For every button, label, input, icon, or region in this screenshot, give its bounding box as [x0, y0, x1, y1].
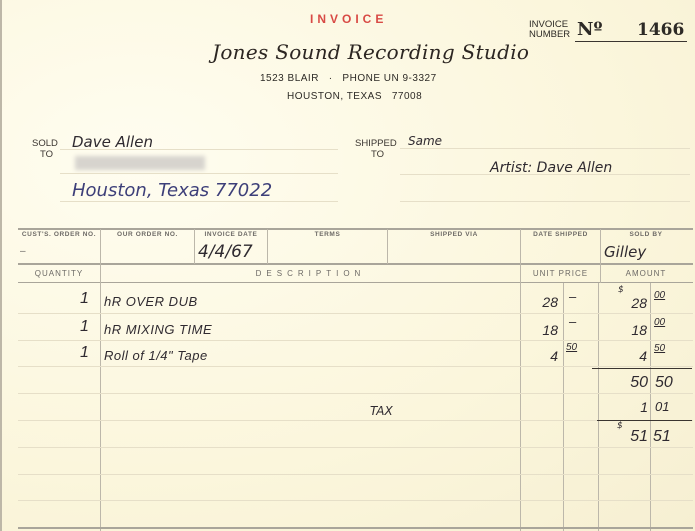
item-amount-dollars: 4: [615, 348, 647, 364]
paper-edge: [0, 0, 2, 531]
row-line-4: [18, 393, 693, 394]
invoice-number-underline: [575, 41, 687, 42]
invoice-number-label: INVOICE NUMBER: [529, 20, 570, 40]
header-amount: AMOUNT: [601, 269, 691, 278]
cust-order-no-value: –: [20, 246, 26, 257]
invoice-title: INVOICE: [310, 12, 387, 26]
shipped-label: SHIPPED: [355, 138, 397, 149]
item-amount-dollars: 18: [615, 322, 647, 338]
header-terms: TERMS: [268, 231, 387, 238]
total-dollars: 51: [615, 428, 648, 446]
column-divider-terms: [387, 229, 388, 264]
item-unit-cents: 50: [566, 342, 577, 353]
sold-to-city: Houston, Texas 77022: [72, 180, 272, 201]
tax-label: TAX: [370, 404, 393, 418]
dollar-sign: $: [618, 285, 624, 295]
total-cents: 51: [653, 428, 671, 446]
tax-cents: 01: [655, 399, 669, 414]
subtotal-dollars: 50: [612, 374, 648, 392]
column-divider-our-order: [194, 229, 195, 264]
item-quantity: 1: [80, 290, 89, 308]
header-cust-order-no: CUST'S. ORDER NO.: [18, 231, 100, 238]
table-bottom-border: [18, 527, 693, 529]
row-line-1: [18, 313, 693, 314]
item-amount-dollars: 28: [615, 295, 647, 311]
to-label: TO: [32, 149, 58, 160]
row-line-7: [18, 474, 693, 475]
item-unit-dollars: 28: [528, 294, 558, 310]
invoice-date-value: 4/4/67: [198, 242, 253, 262]
item-unit-cents: –: [569, 314, 576, 329]
shipped-to-value: Same: [408, 134, 442, 148]
row-line-6: [18, 447, 693, 448]
order-info-top-border: [18, 228, 693, 230]
item-description: hR MIXING TIME: [104, 322, 212, 337]
number-symbol: Nº: [577, 19, 602, 40]
item-quantity: 1: [80, 344, 89, 362]
row-line-2: [18, 340, 693, 341]
invoice-number-label-line2: NUMBER: [529, 30, 570, 40]
shipped-to-line-1: [400, 148, 690, 149]
header-date-shipped: DATE SHIPPED: [521, 231, 600, 238]
sold-to-label: SOLD TO: [32, 138, 58, 160]
item-unit-cents: –: [569, 289, 576, 304]
item-amount-cents: 00: [654, 317, 665, 328]
items-header-bottom-border: [18, 282, 693, 283]
row-line-5: [18, 420, 693, 421]
item-unit-dollars: 18: [528, 322, 558, 338]
item-description: hR OVER DUB: [104, 294, 198, 309]
unit-price-cents-divider: [563, 283, 564, 531]
header-unit-price: UNIT PRICE: [521, 269, 600, 278]
order-info-bottom-border: [18, 263, 693, 265]
total-rule: [597, 420, 692, 421]
item-quantity: 1: [80, 318, 89, 336]
shipped-to-line-2: [400, 174, 690, 175]
header-invoice-date: INVOICE DATE: [195, 231, 267, 238]
invoice-number: 1466: [637, 20, 684, 40]
company-address-phone: 1523 BLAIR · PHONE UN 9-3327: [260, 73, 437, 84]
sold-to-line-1: [60, 149, 338, 150]
sold-to-line-3: [60, 201, 338, 202]
row-line-3: [18, 366, 693, 367]
tax-dollars: 1: [612, 399, 648, 415]
shipped-to-line-3: [400, 201, 690, 202]
subtotal-rule: [592, 368, 692, 369]
amount-cents-divider: [650, 283, 651, 531]
item-amount-cents: 50: [654, 343, 665, 354]
subtotal-cents: 50: [655, 374, 673, 392]
shipped-to-sublabel: TO: [355, 149, 397, 160]
header-description: DESCRIPTION: [101, 269, 520, 278]
shipped-to-label: SHIPPED TO: [355, 138, 397, 160]
item-amount-cents: 00: [654, 290, 665, 301]
row-line-8: [18, 500, 693, 501]
header-sold-by: SOLD BY: [601, 231, 691, 238]
header-our-order-no: OUR ORDER NO.: [101, 231, 194, 238]
column-divider-invoice-date: [267, 229, 268, 264]
header-quantity: QUANTITY: [18, 269, 100, 278]
amount-column-divider: [598, 283, 599, 531]
redacted-street-address: [75, 156, 205, 170]
item-unit-dollars: 4: [528, 348, 558, 364]
sold-to-line-2: [60, 173, 338, 174]
header-shipped-via: SHIPPED VIA: [388, 231, 520, 238]
sold-by-value: Gilley: [604, 243, 646, 261]
item-description: Roll of 1/4" Tape: [104, 348, 208, 363]
company-name: Jones Sound Recording Studio: [212, 40, 529, 64]
sold-label: SOLD: [32, 138, 58, 149]
company-city: HOUSTON, TEXAS 77008: [287, 91, 422, 102]
